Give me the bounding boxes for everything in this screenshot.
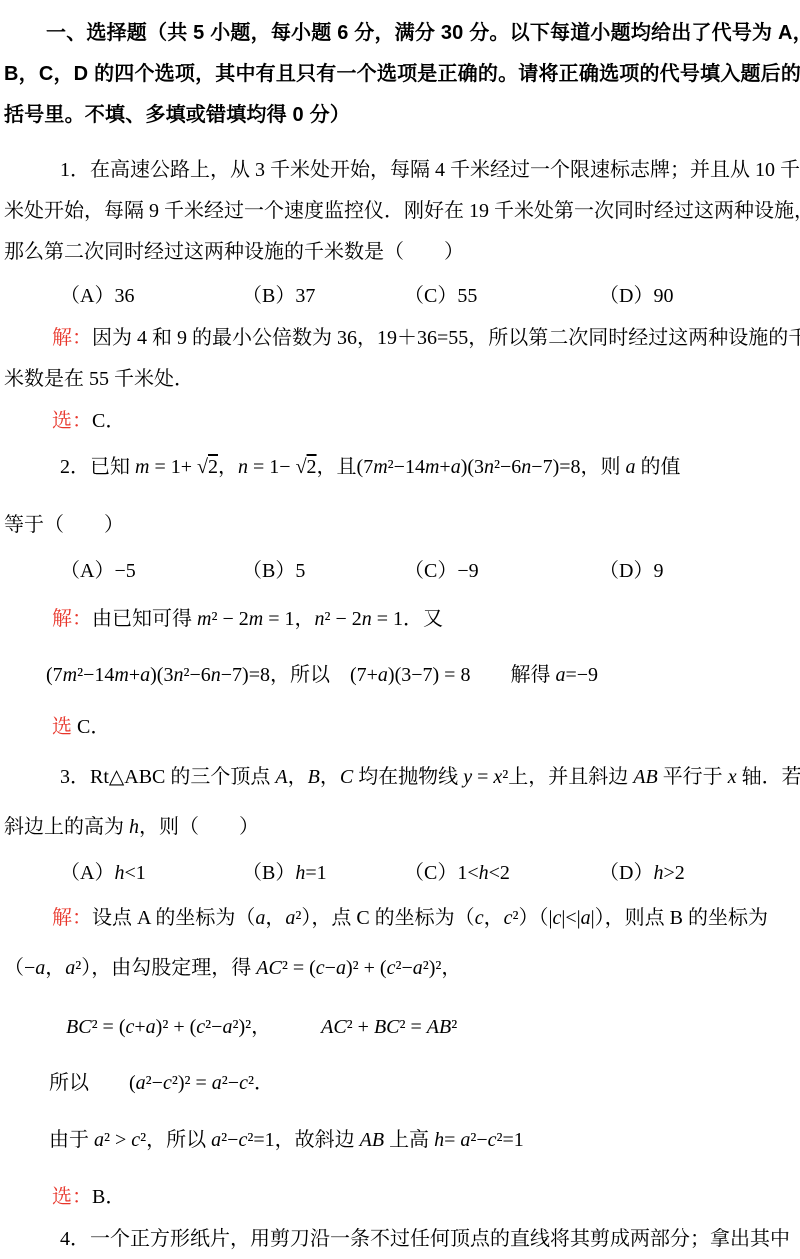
text-segment: a — [222, 1016, 232, 1038]
text-segment: <1 — [124, 862, 145, 884]
text-segment: −7)=8，则 — [531, 456, 625, 478]
text-segment: ²=1 — [497, 1129, 524, 1151]
text-segment: （− — [4, 957, 35, 979]
text-segment: ²上，并且斜边 — [502, 766, 633, 788]
text-segment: )(3−7) = 8 解得 — [388, 664, 556, 686]
text-segment: <2 — [489, 862, 510, 884]
question-3-option-a: （A）h<1 — [60, 858, 242, 888]
document-page: 一、选择题（共 5 小题，每小题 6 分，满分 30 分。以下每道小题均给出了代… — [0, 0, 800, 1259]
text-segment: h — [653, 862, 663, 884]
text-segment: n — [521, 456, 531, 478]
text-segment: a — [212, 1072, 222, 1094]
red-label: 选 — [52, 716, 72, 738]
text-segment: AC — [256, 957, 282, 979]
text-segment: 由于 — [49, 1129, 94, 1151]
text-segment: 3．Rt△ABC 的三个顶点 — [60, 766, 275, 788]
red-label: 解： — [52, 327, 92, 349]
red-label: 选： — [52, 1186, 92, 1208]
text-segment: B． — [92, 1186, 125, 1208]
text-segment: )(3 — [150, 664, 173, 686]
text-segment: ² + — [347, 1016, 374, 1038]
text-segment: （A）−5 — [60, 560, 136, 582]
text-segment: 米数是在 55 千米处． — [4, 368, 194, 390]
text-segment: m — [373, 456, 387, 478]
text-segment: + — [129, 664, 140, 686]
text-segment: n — [484, 456, 494, 478]
text-segment: ²−14 — [77, 664, 114, 686]
text-segment: ² = ( — [92, 1016, 126, 1038]
red-label: 解： — [52, 907, 92, 929]
text-segment: h — [129, 816, 139, 838]
question-3-option-b: （B）h=1 — [242, 858, 404, 888]
text-segment: ² = — [400, 1016, 427, 1038]
text-segment: BC — [66, 1016, 92, 1038]
text-segment: （D）90 — [599, 285, 673, 307]
text-segment: c — [239, 1072, 248, 1094]
text-segment: ²− — [146, 1072, 163, 1094]
text-segment: C． — [72, 716, 110, 738]
text-segment: a — [285, 907, 295, 929]
text-segment: ² = ( — [282, 957, 316, 979]
text-segment: a — [451, 456, 461, 478]
text-segment: ，且(7 — [317, 456, 374, 478]
text-segment: （B） — [242, 862, 295, 884]
text-segment: m — [249, 608, 263, 630]
text-segment: >2 — [663, 862, 684, 884]
question-2-option-b: （B）5 — [242, 556, 404, 586]
text-segment: ²)²， — [232, 1016, 321, 1038]
question-3-options: （A）h<1（B）h=1（C）1<h<2（D）h>2 — [4, 858, 796, 888]
text-segment: 2 — [307, 456, 317, 478]
text-segment: ²−14 — [388, 456, 425, 478]
text-segment: C — [340, 766, 353, 788]
question-3-option-d: （D）h>2 — [599, 858, 796, 888]
text-segment: a — [211, 1129, 221, 1151]
text-segment: 轴．若 — [737, 766, 800, 788]
question-1-stem-line-3: 那么第二次同时经过这两种设施的千米数是（ ） — [4, 237, 796, 267]
question-1-option-a: （A）36 — [60, 281, 242, 311]
text-segment: )(3 — [461, 456, 484, 478]
text-segment: 2 — [208, 456, 218, 478]
text-segment: （C）−9 — [404, 560, 479, 582]
text-segment: a — [255, 907, 265, 929]
text-segment: a — [555, 664, 565, 686]
text-segment: ²− — [395, 957, 412, 979]
text-segment: 平行于 — [658, 766, 728, 788]
text-segment: ²)²， — [423, 957, 462, 979]
text-segment: + — [134, 1016, 145, 1038]
text-segment: 等于（ ） — [4, 514, 124, 536]
text-segment: = — [444, 1129, 460, 1151]
text-segment: AB — [360, 1129, 384, 1151]
text-segment: =1 — [305, 862, 326, 884]
text-segment: a — [140, 664, 150, 686]
text-segment: m — [63, 664, 77, 686]
text-segment: ， — [218, 456, 238, 478]
text-segment: （A） — [60, 862, 114, 884]
text-segment: m — [197, 608, 211, 630]
text-segment: −7)=8，所以 (7+ — [221, 664, 378, 686]
text-segment: ²，所以 — [140, 1129, 211, 1151]
text-segment: y — [463, 766, 472, 788]
text-segment: h — [479, 862, 489, 884]
text-segment: （A）36 — [60, 285, 134, 307]
question-3-answer-line: 选：B． — [4, 1182, 796, 1212]
text-segment: a — [65, 957, 75, 979]
header-line-2: B，C，D 的四个选项，其中有且只有一个选项是正确的。请将正确选项的代号填入题后… — [4, 59, 796, 89]
text-segment: ²−6 — [494, 456, 521, 478]
text-segment: c — [488, 1129, 497, 1151]
text-segment: ² − 2 — [324, 608, 361, 630]
text-segment: = 1．又 — [372, 608, 443, 630]
question-3-option-c: （C）1<h<2 — [404, 858, 599, 888]
text-segment: ²． — [248, 1072, 274, 1094]
text-segment: AB — [427, 1016, 451, 1038]
header-line-1: 一、选择题（共 5 小题，每小题 6 分，满分 30 分。以下每道小题均给出了代… — [4, 18, 796, 48]
text-segment: )² + ( — [156, 1016, 197, 1038]
text-segment: ² — [451, 1016, 457, 1038]
text-segment: （C）1< — [404, 862, 479, 884]
text-segment: 设点 A 的坐标为（ — [92, 907, 255, 929]
text-segment: ²−6 — [183, 664, 210, 686]
text-segment: c — [316, 957, 325, 979]
text-segment: h — [114, 862, 124, 884]
text-segment: =−9 — [565, 664, 598, 686]
text-segment: B，C，D 的四个选项，其中有且只有一个选项是正确的。请将正确选项的代号填入题后… — [4, 63, 800, 85]
text-segment: c — [163, 1072, 172, 1094]
text-segment: a — [626, 456, 636, 478]
text-segment: 那么第二次同时经过这两种设施的千米数是（ ） — [4, 241, 464, 263]
question-1-option-b: （B）37 — [242, 281, 404, 311]
question-2-stem-line-1: 2．已知 m = 1+ √2，n = 1− √2，且(7m²−14m+a)(3n… — [4, 452, 796, 482]
question-1-solution-line-1: 解：因为 4 和 9 的最小公倍数为 36，19＋36=55，所以第二次同时经过… — [4, 323, 796, 353]
question-1-answer-line: 选：C． — [4, 406, 796, 436]
text-segment: a — [35, 957, 45, 979]
text-segment: n — [238, 456, 248, 478]
text-segment: a — [336, 957, 346, 979]
text-segment: ， — [288, 766, 308, 788]
question-3-solution-line-1: 解：设点 A 的坐标为（a，a²），点 C 的坐标为（c，c²）（|c|<|a|… — [4, 903, 796, 933]
text-segment: √ — [197, 456, 208, 478]
question-2-options: （A）−5（B）5（C）−9（D）9 — [4, 556, 796, 586]
question-1-option-c: （C）55 — [404, 281, 599, 311]
text-segment: m — [425, 456, 439, 478]
question-3-stem-line-2: 斜边上的高为 h，则（ ） — [4, 812, 796, 842]
header-line-3: 括号里。不填、多填或错填均得 0 分） — [4, 100, 796, 130]
question-3-solution-line-2: （−a，a²），由勾股定理，得 AC² = (c−a)² + (c²−a²)²， — [4, 953, 796, 983]
text-segment: ²），点 C 的坐标为（ — [295, 907, 474, 929]
text-segment: （B）37 — [242, 285, 315, 307]
text-segment: h — [295, 862, 305, 884]
text-segment: h — [434, 1129, 444, 1151]
text-segment: 2．已知 — [60, 456, 135, 478]
text-segment: ² > — [104, 1129, 131, 1151]
text-segment: （C）55 — [404, 285, 477, 307]
text-segment: AB — [633, 766, 657, 788]
question-2-option-c: （C）−9 — [404, 556, 599, 586]
text-segment: 因为 4 和 9 的最小公倍数为 36，19＋36=55，所以第二次同时经过这两… — [92, 327, 800, 349]
text-segment: a — [94, 1129, 104, 1151]
text-segment: AC — [321, 1016, 347, 1038]
text-segment: ²），由勾股定理，得 — [75, 957, 256, 979]
text-segment: x — [728, 766, 737, 788]
text-segment: = 1+ — [149, 456, 197, 478]
question-4-stem-line-1: 4．一个正方形纸片，用剪刀沿一条不过任何顶点的直线将其剪成两部分；拿出其中 — [4, 1224, 796, 1254]
text-segment: ²− — [470, 1129, 487, 1151]
question-1-stem-line-2: 米处开始，每隔 9 千米经过一个速度监控仪．刚好在 19 千米处第一次同时经过这… — [4, 196, 796, 226]
text-segment: n — [173, 664, 183, 686]
text-segment: （D） — [599, 862, 653, 884]
text-segment: c — [475, 907, 484, 929]
text-segment: ²）（| — [512, 907, 552, 929]
text-segment: c — [131, 1129, 140, 1151]
question-2-option-a: （A）−5 — [60, 556, 242, 586]
text-segment: a — [146, 1016, 156, 1038]
text-segment: 1．在高速公路上，从 3 千米处开始，每隔 4 千米经过一个限速标志牌；并且从 … — [60, 159, 800, 181]
question-2-stem-line-2: 等于（ ） — [4, 510, 796, 540]
text-segment: ， — [265, 907, 285, 929]
text-segment: ，则（ ） — [139, 816, 259, 838]
question-1-options: （A）36（B）37（C）55（D）90 — [4, 281, 796, 311]
question-1-stem-line-1: 1．在高速公路上，从 3 千米处开始，每隔 4 千米经过一个限速标志牌；并且从 … — [4, 155, 796, 185]
text-segment: ²=1，故斜边 — [247, 1129, 359, 1151]
text-segment: a — [581, 907, 591, 929]
text-segment: √ — [296, 456, 307, 478]
text-segment: |<| — [561, 907, 580, 929]
question-3-solution-line-3: BC² = (c+a)² + (c²−a²)²， AC² + BC² = AB² — [4, 1012, 796, 1042]
text-segment: 4．一个正方形纸片，用剪刀沿一条不过任何顶点的直线将其剪成两部分；拿出其中 — [60, 1228, 790, 1250]
text-segment: ²)² = — [172, 1072, 212, 1094]
text-segment: c — [196, 1016, 205, 1038]
text-segment: （D）9 — [599, 560, 663, 582]
question-2-solution-line-2: (7m²−14m+a)(3n²−6n−7)=8，所以 (7+a)(3−7) = … — [4, 660, 796, 690]
text-segment: c — [238, 1129, 247, 1151]
text-segment: ， — [484, 907, 504, 929]
question-2-answer-line: 选 C． — [4, 712, 796, 742]
text-segment: B — [308, 766, 320, 788]
text-segment: 所以 ( — [49, 1072, 136, 1094]
text-segment: = — [472, 766, 493, 788]
question-2-solution-line-1: 解：由已知可得 m² − 2m = 1，n² − 2n = 1．又 — [4, 604, 796, 634]
text-segment: 斜边上的高为 — [4, 816, 129, 838]
text-segment: n — [362, 608, 372, 630]
red-label: 选： — [52, 410, 92, 432]
text-segment: a — [413, 957, 423, 979]
text-segment: ²− — [222, 1072, 239, 1094]
text-segment: |），则点 B 的坐标为 — [591, 907, 768, 929]
text-segment: 括号里。不填、多填或错填均得 0 分） — [4, 104, 350, 126]
text-segment: ² − 2 — [211, 608, 248, 630]
text-segment: n — [314, 608, 324, 630]
text-segment: 均在抛物线 — [353, 766, 463, 788]
question-1-option-d: （D）90 — [599, 281, 796, 311]
text-segment: ， — [320, 766, 340, 788]
text-segment: m — [114, 664, 128, 686]
question-2-option-d: （D）9 — [599, 556, 796, 586]
question-1-solution-line-2: 米数是在 55 千米处． — [4, 364, 796, 394]
text-segment: = 1− — [248, 456, 296, 478]
text-segment: = 1， — [263, 608, 314, 630]
text-segment: a — [378, 664, 388, 686]
text-segment: + — [439, 456, 450, 478]
text-segment: 上高 — [384, 1129, 434, 1151]
text-segment: （B）5 — [242, 560, 305, 582]
text-segment: ²− — [205, 1016, 222, 1038]
text-segment: 由已知可得 — [92, 608, 197, 630]
text-segment: n — [211, 664, 221, 686]
text-segment: a — [460, 1129, 470, 1151]
question-3-solution-line-5: 由于 a² > c²，所以 a²−c²=1，故斜边 AB 上高 h= a²−c²… — [4, 1125, 796, 1155]
text-segment: 的值 — [636, 456, 681, 478]
question-3-solution-line-4: 所以 (a²−c²)² = a²−c²． — [4, 1068, 796, 1098]
text-segment: 一、选择题（共 5 小题，每小题 6 分，满分 30 分。以下每道小题均给出了代… — [46, 22, 800, 44]
text-segment: (7 — [46, 664, 63, 686]
text-segment: m — [135, 456, 149, 478]
text-segment: − — [325, 957, 336, 979]
text-segment: x — [493, 766, 502, 788]
text-segment: 米处开始，每隔 9 千米经过一个速度监控仪．刚好在 19 千米处第一次同时经过这… — [4, 200, 800, 222]
text-segment: C． — [92, 410, 125, 432]
red-label: 解： — [52, 608, 92, 630]
text-segment: A — [275, 766, 287, 788]
text-segment: ， — [45, 957, 65, 979]
text-segment: ²− — [221, 1129, 238, 1151]
text-segment: )² + ( — [346, 957, 387, 979]
question-3-stem-line-1: 3．Rt△ABC 的三个顶点 A，B，C 均在抛物线 y = x²上，并且斜边 … — [4, 762, 796, 792]
text-segment: BC — [374, 1016, 400, 1038]
text-segment: a — [136, 1072, 146, 1094]
